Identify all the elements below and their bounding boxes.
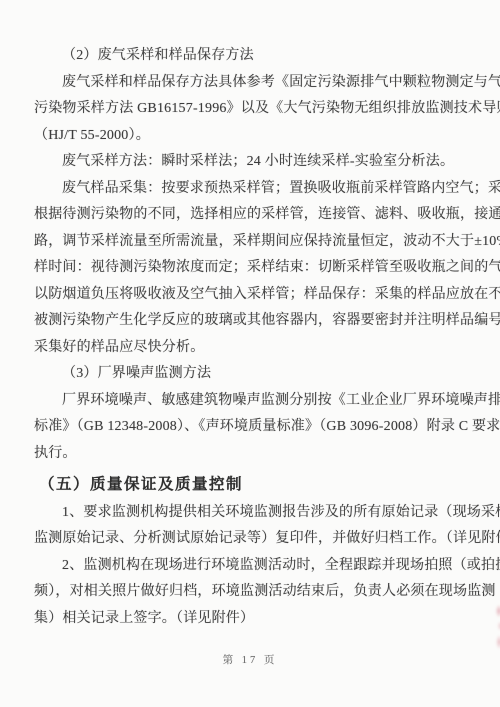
document-page: （2）废气采样和样品保存方法废气采样和样品保存方法具体参考《固定污染源排气中颗粒… xyxy=(0,0,500,707)
text-line: 以防烟道负压将吸收液及空气抽入采样管；样品保存：采集的样品应放在不与 xyxy=(34,282,474,309)
text-line: 监测原始记录、分析测试原始记录等）复印件，并做好归档工作。（详见附件） xyxy=(34,526,474,553)
text-line: 厂界环境噪声、敏感建筑物噪声监测分别按《工业企业厂界环境噪声排放 xyxy=(34,388,474,415)
text-line: 采集好的样品应尽快分析。 xyxy=(34,335,474,362)
text-line: 根据待测污染物的不同，选择相应的采样管，连接管、滤料、吸收瓶，接通采样管 xyxy=(34,202,474,229)
text-line: 集）相关记录上签字。（详见附件） xyxy=(34,606,474,633)
text-line: （3）厂界噪声监测方法 xyxy=(34,361,474,388)
text-line: 污染物采样方法 GB16157-1996》以及《大气污染物无组织排放监测技术导则… xyxy=(34,96,474,123)
scan-smudge-artifact xyxy=(490,602,500,652)
text-line: 频），对相关照片做好归档，环境监测活动结束后，负责人必须在现场监测（采 xyxy=(34,579,474,606)
text-line: 废气采样和样品保存方法具体参考《固定污染源排气中颗粒物测定与气态 xyxy=(34,70,474,97)
text-line: 1、要求监测机构提供相关环境监测报告涉及的所有原始记录（现场采样、 xyxy=(34,500,474,527)
text-line: 路，调节采样流量至所需流量，采样期间应保持流量恒定，波动不大于±10%。采 xyxy=(34,229,474,256)
text-line: 被测污染物产生化学反应的玻璃或其他容器内，容器要密封并注明样品编号， xyxy=(34,308,474,335)
text-line: 执行。 xyxy=(34,441,474,468)
page-number: 第 17 页 xyxy=(0,652,500,667)
text-line: 废气采样方法：瞬时采样法；24 小时连续采样-实验室分析法。 xyxy=(34,149,474,176)
text-line: 样时间：视待测污染物浓度而定；采样结束：切断采样管至吸收瓶之间的气路， xyxy=(34,255,474,282)
text-line: 2、监测机构在现场进行环境监测活动时，全程跟踪并现场拍照（或拍摄视 xyxy=(34,553,474,580)
text-line: 废气样品采集：按要求预热采样管；置换吸收瓶前采样管路内空气；采样 xyxy=(34,176,474,203)
text-line: （HJ/T 55-2000）。 xyxy=(34,123,474,150)
document-body: （2）废气采样和样品保存方法废气采样和样品保存方法具体参考《固定污染源排气中颗粒… xyxy=(34,43,474,632)
text-line: 标准》（GB 12348-2008）、《声环境质量标准》（GB 3096-200… xyxy=(34,414,474,441)
text-line: （2）废气采样和样品保存方法 xyxy=(34,43,474,70)
section-heading: （五）质量保证及质量控制 xyxy=(34,472,474,499)
